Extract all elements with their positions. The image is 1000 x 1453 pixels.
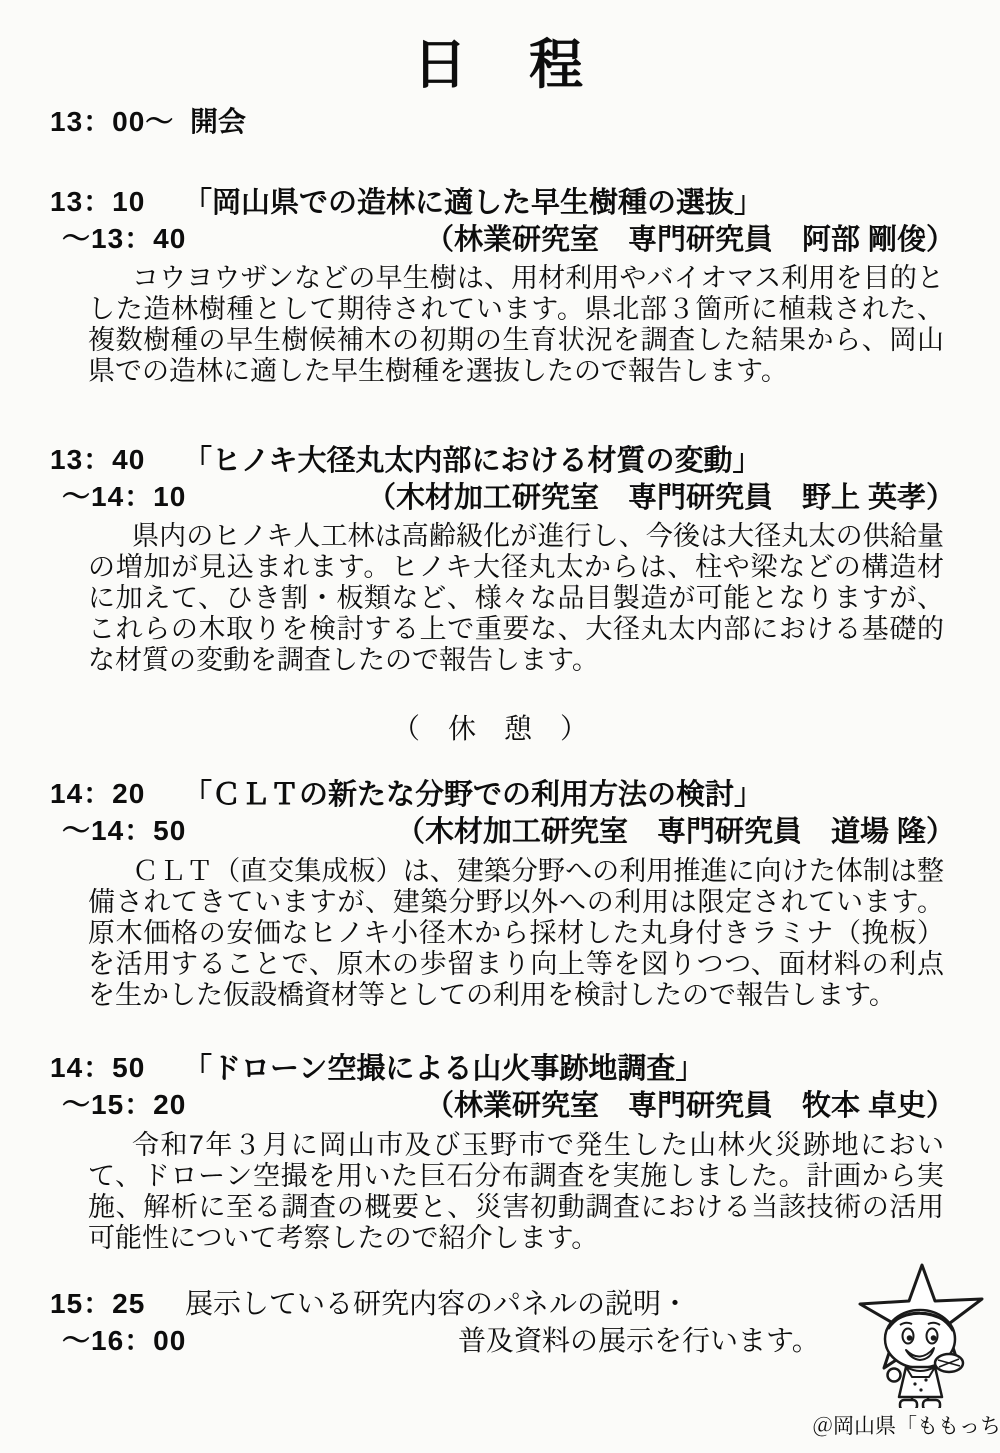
- session-1-presenter-row: ～13：40 （林業研究室 専門研究員 阿部 剛俊）: [0, 217, 1000, 255]
- session-1-abstract: コウヨウザンなどの早生樹は、用材利用やバイオマス利用を目的とした造林樹種として期…: [88, 263, 944, 387]
- session-2-title: 「ヒノキ大径丸太内部における材質の変動」: [183, 438, 762, 479]
- session-4-presenter-row: ～15：20 （林業研究室 専門研究員 牧本 卓史）: [0, 1083, 1000, 1121]
- closing-start-time: 15：25: [50, 1282, 145, 1322]
- session-3-title-row: 14：20 「ＣＬＴの新たな分野での利用方法の検討」: [0, 772, 1000, 810]
- session-3-end-time: ～14：50: [62, 809, 186, 849]
- session-2-title-row: 13：40 「ヒノキ大径丸太内部における材質の変動」: [0, 438, 1000, 476]
- session-2-start-time: 13：40: [50, 438, 145, 478]
- session-4-start-time: 14：50: [50, 1046, 145, 1086]
- session-2-end-time: ～14：10: [62, 475, 186, 515]
- session-3-title: 「ＣＬＴの新たな分野での利用方法の検討」: [183, 772, 763, 813]
- session-2-abstract: 県内のヒノキ人工林は高齢級化が進行し、今後は大径丸太の供給量の増加が見込まれます…: [88, 521, 944, 676]
- closing-line2: 普及資料の展示を行います。: [458, 1319, 820, 1359]
- session-4-title: 「ドローン空撮による山火事跡地調査」: [183, 1046, 704, 1087]
- mascot-credit: ＠岡山県「ももっち」: [812, 1410, 1000, 1440]
- session-1-end-time: ～13：40: [62, 217, 186, 257]
- session-4-title-row: 14：50 「ドローン空撮による山火事跡地調査」: [0, 1046, 1000, 1084]
- momotchi-mascot-illustration: [836, 1262, 998, 1408]
- opening-time: 13：00～: [50, 100, 174, 140]
- session-1-title: 「岡山県での造林に適した早生樹種の選抜」: [183, 180, 763, 221]
- session-3-presenter-row: ～14：50 （木材加工研究室 専門研究員 道場 隆）: [0, 809, 1000, 847]
- session-1-title-row: 13：10 「岡山県での造林に適した早生樹種の選抜」: [0, 180, 1000, 218]
- session-1-presenter: （林業研究室 専門研究員 阿部 剛俊）: [425, 217, 955, 258]
- session-4-abstract: 令和7年３月に岡山市及び玉野市で発生した山林火災跡地において、ドローン空撮を用い…: [88, 1130, 944, 1254]
- closing-end-time: ～16：00: [62, 1319, 186, 1359]
- session-3-presenter: （木材加工研究室 専門研究員 道場 隆）: [396, 809, 955, 850]
- opening-label: 開会: [190, 100, 246, 140]
- session-4-presenter: （林業研究室 専門研究員 牧本 卓史）: [425, 1083, 955, 1124]
- session-3-abstract: ＣＬＴ（直交集成板）は、建築分野への利用推進に向けた体制は整備されてきていますが…: [88, 856, 944, 1011]
- session-1-start-time: 13：10: [50, 180, 145, 220]
- closing-line1: 展示している研究内容のパネルの説明・: [185, 1282, 689, 1322]
- session-2-presenter-row: ～14：10 （木材加工研究室 専門研究員 野上 英孝）: [0, 475, 1000, 513]
- session-3-start-time: 14：20: [50, 772, 145, 812]
- break-label: （ 休 憩 ）: [0, 707, 980, 747]
- opening-row: 13：00～ 開会: [0, 100, 1000, 138]
- schedule-document-page: 日 程 13：00～ 開会 13：10 「岡山県での造林に適した早生樹種の選抜」…: [0, 0, 1000, 1453]
- page-title: 日 程: [0, 22, 1000, 99]
- session-4-end-time: ～15：20: [62, 1083, 186, 1123]
- session-2-presenter: （木材加工研究室 専門研究員 野上 英孝）: [367, 475, 955, 516]
